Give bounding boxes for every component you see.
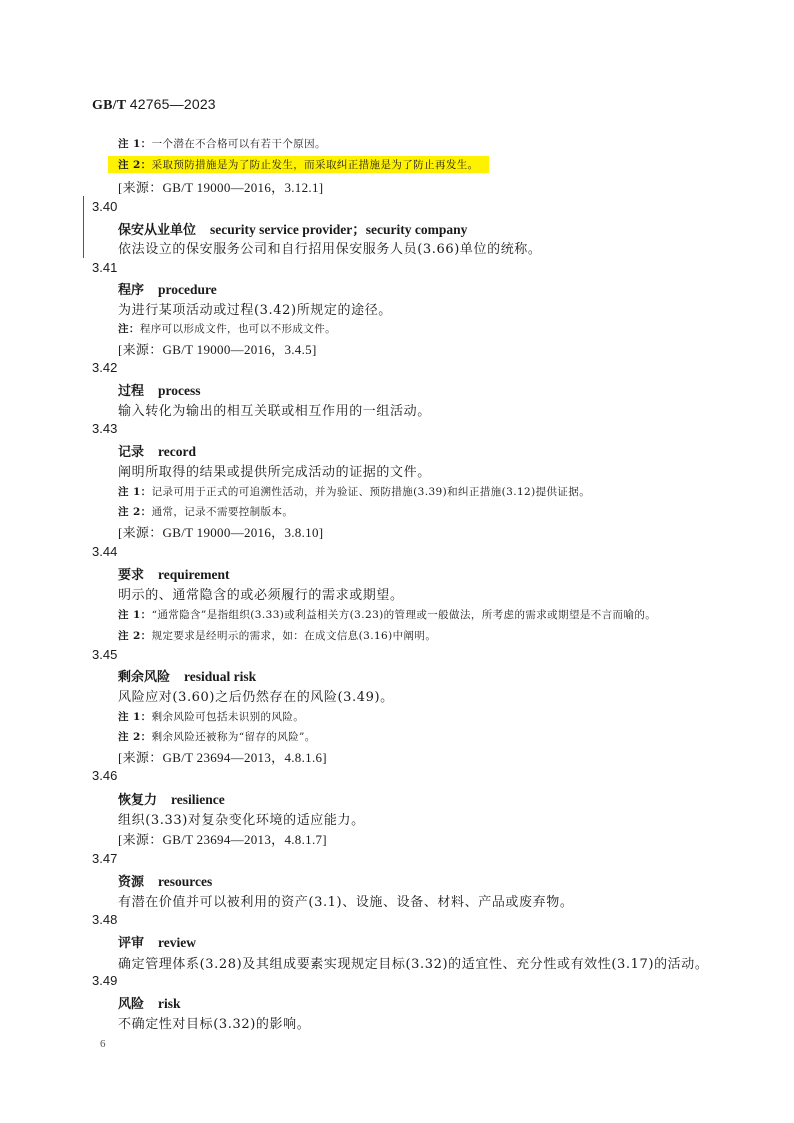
term-en: resilience [171,792,225,807]
term-definition: 明示的、通常隐含的或必须履行的需求或期望。 [118,584,404,603]
note-text: 一个潜在不合格可以有若干个原因。 [152,138,326,150]
term-en: resources [158,874,212,889]
term-number: 3.42 [92,360,117,375]
note-label: 注 2： [118,159,152,171]
term-zh: 程序 [118,283,144,298]
term-zh: 保安从业单位 [118,223,196,238]
term-zh: 过程 [118,384,144,399]
source-citation: [来源：GB/T 23694—2013，4.8.1.7] [118,829,327,848]
source-citation: [来源：GB/T 23694—2013，4.8.1.6] [118,747,327,766]
term-definition: 确定管理体系(3.28)及其组成要素实现规定目标(3.32)的适宜性、充分性或有… [118,953,708,972]
term-zh: 恢复力 [118,793,157,808]
term-zh: 要求 [118,568,144,583]
term-title: 剩余风险residual risk [118,666,256,685]
term-en: risk [158,996,181,1011]
source-citation: [来源：GB/T 19000—2016，3.4.5] [118,339,317,358]
term-definition: 依法设立的保安服务公司和自行招用保安服务人员(3.66)单位的统称。 [118,238,542,257]
term-note: 注 2：规定要求是经明示的需求，如：在成文信息(3.16)中阐明。 [118,628,436,643]
term-title: 记录record [118,441,196,460]
term-title: 保安从业单位security service provider；security… [118,218,467,238]
term-title: 程序procedure [118,279,217,298]
term-definition: 组织(3.33)对复杂变化环境的适应能力。 [118,809,365,828]
term-note: 注 1：“通常隐含”是指组织(3.33)或利益相关方(3.23)的管理或一般做法… [118,607,656,622]
term-en: requirement [158,567,230,582]
term-definition: 风险应对(3.60)之后仍然存在的风险(3.49)。 [118,686,394,705]
note-text: 记录可用于正式的可追溯性活动，并为验证、预防措施(3.39)和纠正措施(3.12… [152,486,591,498]
term-note: 注 2：通常，记录不需要控制版本。 [118,504,293,519]
term-zh: 评审 [118,936,144,951]
note-label: 注 1： [118,711,152,723]
term-note: 注 1：剩余风险可包括未识别的风险。 [118,709,304,724]
note-label: 注 2： [118,731,152,743]
term-zh: 记录 [118,445,144,460]
term-number: 3.49 [92,973,117,988]
term-definition: 阐明所取得的结果或提供所完成活动的证据的文件。 [118,461,431,480]
term-number: 3.44 [92,544,117,559]
term-en: review [158,935,196,950]
term-title: 过程process [118,380,201,399]
standard-number: 42765—2023 [130,96,216,112]
standard-prefix: GB/T [92,98,126,113]
term-number: 3.41 [92,260,117,275]
note-text: 剩余风险还被称为“留存的风险”。 [152,731,316,743]
term-definition: 为进行某项活动或过程(3.42)所规定的途径。 [118,299,392,318]
note-text: 采取预防措施是为了防止发生，而采取纠正措施是为了防止再发生。 [152,159,479,171]
note-2-highlighted: 注 2：采取预防措施是为了防止发生，而采取纠正措施是为了防止再发生。 [108,156,489,173]
term-en: security service provider；security compa… [210,222,467,237]
term-en: process [158,383,201,398]
source-citation: [来源：GB/T 19000—2016，3.12.1] [118,177,323,196]
note-label: 注： [118,323,140,335]
term-definition: 不确定性对目标(3.32)的影响。 [118,1013,310,1032]
term-number: 3.45 [92,647,117,662]
note-1: 注 1：一个潜在不合格可以有若干个原因。 [118,136,326,151]
note-text: “通常隐含”是指组织(3.33)或利益相关方(3.23)的管理或一般做法，所考虑… [152,609,657,621]
term-zh: 资源 [118,875,144,890]
term-note: 注：程序可以形成文件，也可以不形成文件。 [118,321,336,336]
note-label: 注 2： [118,630,152,642]
term-note: 注 1：记录可用于正式的可追溯性活动，并为验证、预防措施(3.39)和纠正措施(… [118,484,590,499]
term-number: 3.47 [92,851,117,866]
note-text: 剩余风险可包括未识别的风险。 [152,711,305,723]
term-definition: 输入转化为输出的相互关联或相互作用的一组活动。 [118,400,431,419]
note-label: 注 1： [118,486,152,498]
standard-header: GB/T 42765—2023 [92,96,216,114]
note-text: 规定要求是经明示的需求，如：在成文信息(3.16)中阐明。 [152,630,437,642]
term-title: 评审review [118,932,196,951]
revision-change-bar [83,196,84,258]
source-citation: [来源：GB/T 19000—2016，3.8.10] [118,522,323,541]
term-number: 3.48 [92,912,117,927]
term-title: 风险risk [118,993,181,1012]
term-en: record [158,444,196,459]
term-note: 注 2：剩余风险还被称为“留存的风险”。 [118,729,316,744]
term-zh: 风险 [118,997,144,1012]
note-label: 注 1： [118,609,152,621]
page-number: 6 [100,1038,106,1050]
note-label: 注 2： [118,506,152,518]
term-number: 3.40 [92,199,117,214]
term-title: 资源resources [118,871,212,890]
note-text: 通常，记录不需要控制版本。 [152,506,294,518]
term-number: 3.46 [92,768,117,783]
term-number: 3.43 [92,421,117,436]
note-label: 注 1： [118,138,152,150]
term-en: procedure [158,282,217,297]
term-en: residual risk [184,669,256,684]
term-title: 恢复力resilience [118,789,225,808]
term-definition: 有潜在价值并可以被利用的资产(3.1)、设施、设备、材料、产品或废弃物。 [118,891,573,910]
note-text: 程序可以形成文件，也可以不形成文件。 [140,323,336,335]
term-zh: 剩余风险 [118,670,170,685]
term-title: 要求requirement [118,564,230,583]
